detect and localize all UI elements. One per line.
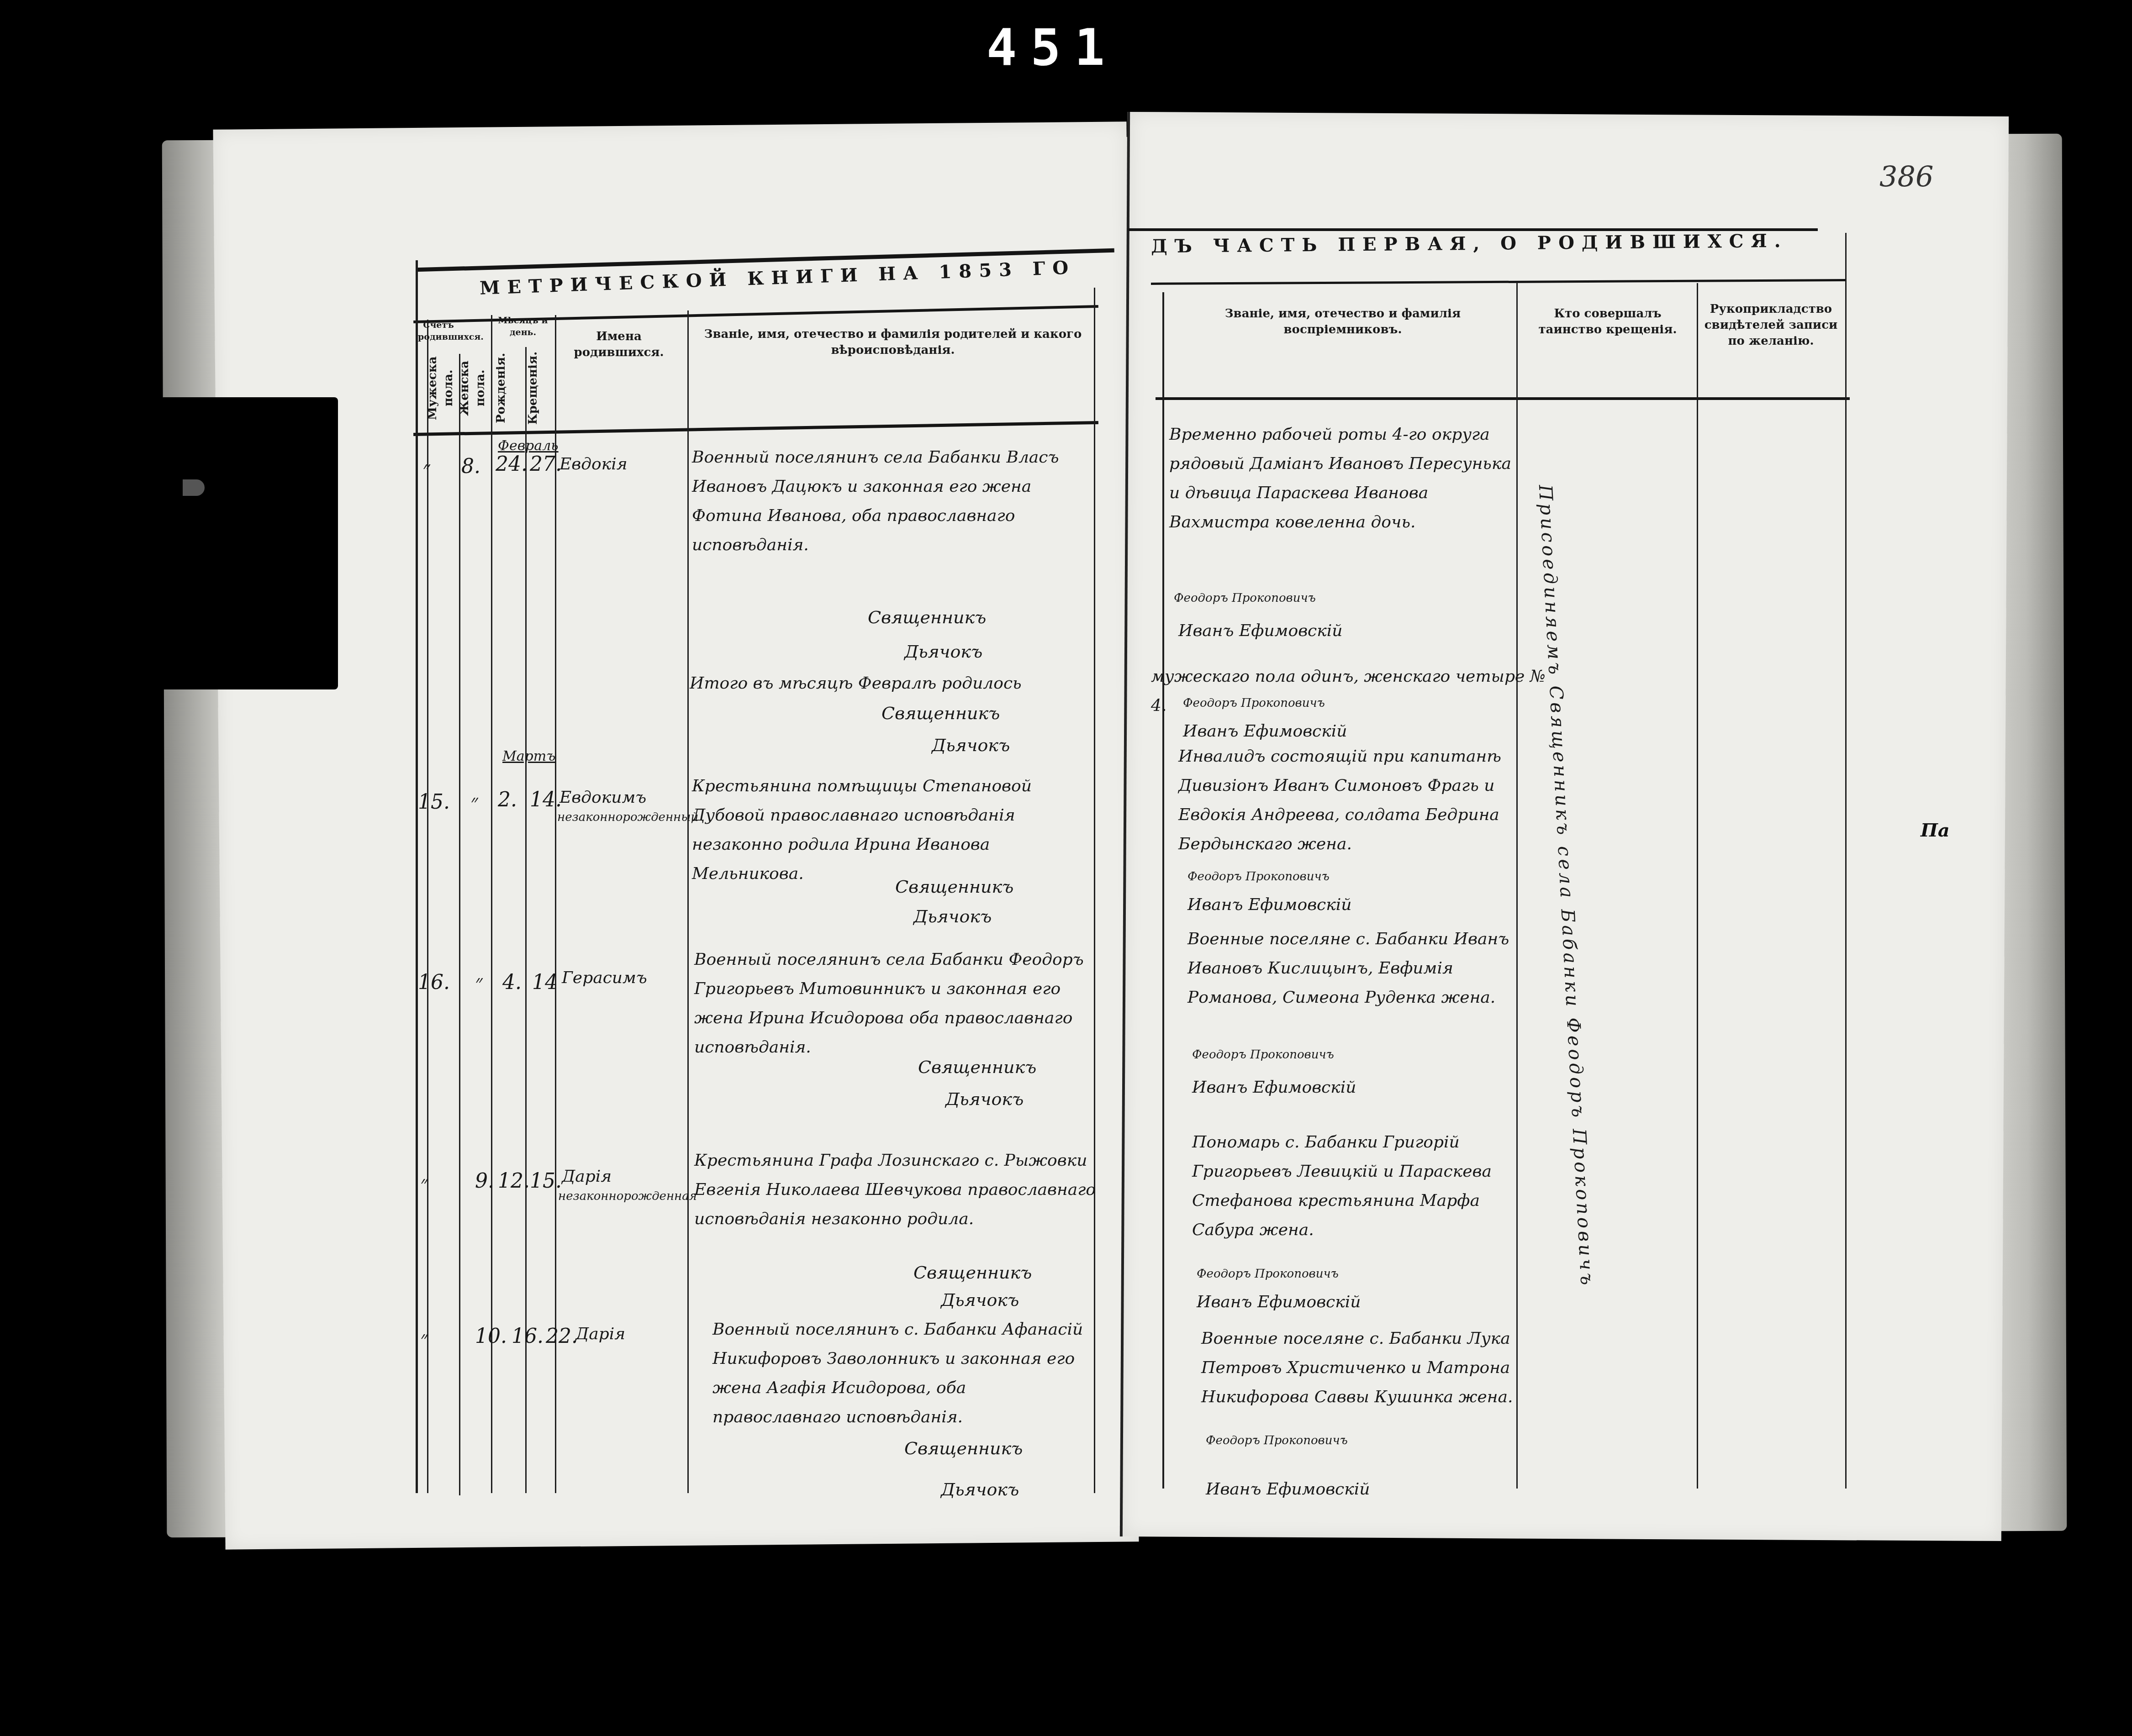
entry-16-sig-witness: Иванъ Ефимовскій	[1192, 1073, 1356, 1102]
entry-10-birth-day: 16.	[512, 1322, 544, 1351]
entry-9-male: ״	[420, 1169, 428, 1198]
entry-9-female: 9.	[475, 1167, 494, 1196]
entry-1-male: ״	[422, 454, 430, 484]
header-female: Женска пола.	[457, 352, 489, 425]
column-line	[459, 354, 460, 1495]
entry-9-sig-priest: Священникъ	[913, 1258, 1032, 1287]
summary-sig-priest: Священникъ	[881, 699, 1000, 728]
entry-15-sig-officiant: Феодоръ Прокоповичъ	[1187, 868, 1330, 886]
entry-15-sig-deacon: Дьячокъ	[913, 902, 992, 931]
entry-9-name-note: незаконнорожденная	[558, 1187, 697, 1205]
entry-15-sig-witness: Иванъ Ефимовскій	[1187, 890, 1351, 920]
entry-1-sig-officiant: Феодоръ Прокоповичъ	[1174, 589, 1316, 607]
entry-10-name: Дарія	[575, 1320, 625, 1349]
column-line	[555, 315, 556, 1493]
header-birth-count: Счетъ родившихся.	[418, 320, 459, 343]
entry-1-name: Евдокія	[559, 450, 683, 479]
entry-9-sig-witness: Иванъ Ефимовскій	[1197, 1288, 1361, 1317]
column-line	[491, 315, 492, 1493]
entry-1-sig-witness: Иванъ Ефимовскій	[1178, 616, 1342, 646]
column-line	[1162, 292, 1164, 1489]
entry-15-parents: Крестьянина помѣщицы Степановой Дубовой …	[692, 772, 1094, 889]
entry-1-female: 8.	[461, 452, 480, 481]
entry-10-godparents: Военные поселяне с. Бабанки Лука Петровъ…	[1201, 1324, 1548, 1412]
header-names: Имена родившихся.	[566, 329, 671, 361]
frame-number: 451	[987, 18, 1119, 77]
header-baptism: Крещенія.	[525, 352, 555, 425]
entry-9-sig-officiant: Феодоръ Прокоповичъ	[1197, 1265, 1339, 1283]
header-month-day: Мѣсяцъ и день.	[493, 315, 553, 338]
entry-16-birth-day: 4.	[502, 968, 522, 997]
summary-sig-officiant: Феодоръ Прокоповичъ	[1183, 694, 1325, 712]
entry-10-female: 10.	[475, 1322, 507, 1351]
header-parents: Званіе, имя, отечество и фамилія родител…	[694, 326, 1092, 358]
entry-16-sig-officiant: Феодоръ Прокоповичъ	[1192, 1046, 1334, 1064]
entry-1-birth-day: 24.	[496, 450, 528, 479]
column-line	[687, 310, 689, 1493]
entry-15-male: 15.	[418, 788, 450, 817]
column-line	[1697, 283, 1698, 1489]
entry-10-parents: Военный поселянинъ с. Бабанки Афанасій Н…	[712, 1315, 1096, 1432]
folio-number: 386	[1879, 160, 1933, 193]
title-rule-right	[1128, 228, 1818, 231]
column-line	[1845, 233, 1847, 1489]
entry-15-birth-day: 2.	[498, 785, 517, 815]
entry-15-sig-priest: Священникъ	[895, 872, 1013, 901]
right-margin-mark: Па	[1921, 820, 1950, 841]
entry-1-godparents: Временно рабочей роты 4-го округа рядовы…	[1169, 420, 1516, 537]
entry-15-name-note: незаконнорожденный	[557, 808, 698, 826]
entry-9-birth-day: 12.	[498, 1167, 530, 1196]
entry-16-sig-deacon: Дьячокъ	[945, 1084, 1024, 1114]
entry-9-godparents: Пономарь с. Бабанки Григорій Григорьевъ …	[1192, 1128, 1539, 1245]
entry-16-parents: Военный поселянинъ села Бабанки Феодоръ …	[694, 945, 1096, 1062]
header-godparents: Званіе, имя, отечество и фамилія воспріе…	[1174, 306, 1512, 338]
column-line	[427, 320, 428, 1493]
entry-16-baptism-day: 14	[532, 968, 558, 997]
entry-10-sig-witness: Иванъ Ефимовскій	[1206, 1475, 1370, 1504]
entry-1-parents: Военный поселянинъ села Бабанки Власъ Ив…	[692, 443, 1089, 560]
entry-9-parents: Крестьянина Графа Лозинскаго с. Рыжовки …	[694, 1146, 1096, 1234]
entry-15-month: Мартъ	[502, 742, 555, 771]
entry-10-baptism-day: 22.	[546, 1322, 578, 1351]
entry-10-sig-officiant: Феодоръ Прокоповичъ	[1206, 1431, 1348, 1450]
summary-sig-deacon: Дьячокъ	[932, 731, 1010, 760]
entry-9-sig-deacon: Дьячокъ	[941, 1285, 1019, 1315]
entry-9-baptism-day: 15.	[530, 1167, 562, 1196]
entry-15-godparents: Инвалидъ состоящій при капитанѣ Дивизіон…	[1178, 742, 1525, 859]
summary-left: Итого въ мѣсяцѣ Февралѣ родилось	[690, 669, 1101, 698]
entry-16-male: 16.	[418, 968, 450, 997]
header-male: Мужеска пола.	[425, 352, 457, 425]
header-birth: Рожденія.	[493, 352, 523, 425]
column-line	[1516, 283, 1518, 1489]
entry-1-baptism-day: 27.	[530, 450, 562, 479]
header-witnesses: Рукоприкладство свидѣтелей записи по жел…	[1701, 301, 1841, 349]
entry-1-sig-deacon: Дьячокъ	[904, 637, 982, 666]
entry-10-sig-priest: Священникъ	[904, 1434, 1023, 1463]
column-line	[1094, 288, 1095, 1493]
entry-16-sig-priest: Священникъ	[918, 1052, 1036, 1082]
entry-1-sig-priest: Священникъ	[868, 603, 986, 632]
column-line	[416, 260, 418, 1493]
entry-16-name: Герасимъ	[562, 963, 647, 993]
column-line	[525, 347, 527, 1493]
header-officiant: Кто совершалъ таинство крещенія.	[1523, 306, 1692, 338]
header-bottom-rule-right	[1156, 397, 1850, 400]
entry-10-sig-deacon: Дьячокъ	[941, 1475, 1019, 1504]
entry-16-female: ״	[475, 968, 483, 997]
entry-10-male: ״	[420, 1324, 428, 1353]
binder-clip	[160, 397, 338, 689]
entry-16-godparents: Военные поселяне с. Бабанки Иванъ Иванов…	[1187, 925, 1535, 1012]
entry-15-female: ״	[470, 788, 478, 817]
